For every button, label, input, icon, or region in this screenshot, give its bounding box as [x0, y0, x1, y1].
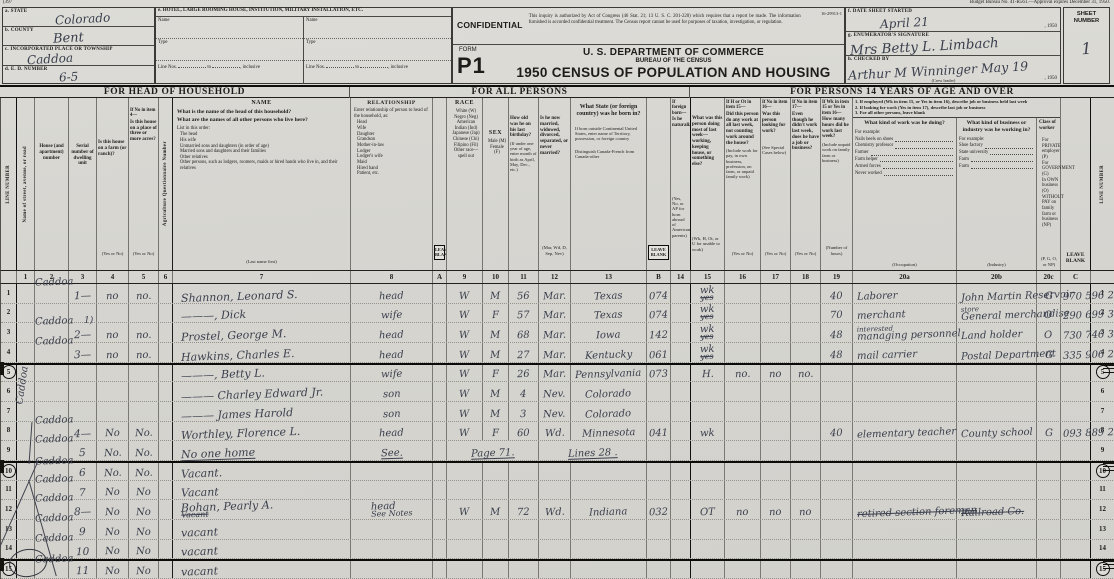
- cell-c15-row-6: [691, 382, 725, 401]
- enumerator-label: g. ENUMERATOR'S SIGNATURE: [848, 33, 929, 38]
- cell-c15-row-9: [691, 441, 725, 460]
- num-item: 16: [725, 271, 761, 283]
- handwritten-entry: F: [492, 311, 499, 321]
- handwritten-entry: 2—: [74, 330, 92, 341]
- census-row-8: 8Caddoa4—NoNo.Worthley, Florence L.headW…: [1, 422, 1114, 442]
- band-all-persons: FOR ALL PERSONS: [350, 87, 690, 98]
- budget-bureau-note: Budget Bureau No. 41-R561.—Approval expi…: [970, 0, 1110, 5]
- cell-c4-row-13: No: [97, 520, 129, 539]
- handwritten-entry: 48: [830, 350, 843, 360]
- cell-c16-row-1: [725, 284, 761, 303]
- cell-c12-row-10: [539, 463, 571, 480]
- handwritten-entry: No: [136, 488, 151, 499]
- cell-c13-row-8: Minnesota: [571, 422, 647, 441]
- handwritten-entry: wkyes: [700, 305, 715, 322]
- cell-c20a-row-13: [853, 520, 957, 539]
- cell-c6-row-5: [159, 365, 173, 382]
- cell-c7-row-13: vacant: [173, 520, 351, 539]
- cell-cB-row-13: [647, 520, 671, 539]
- handwritten-entry: wife: [381, 370, 403, 381]
- cell-c12-row-4: Mar.: [539, 343, 571, 362]
- cell-c6-row-10: [159, 463, 173, 480]
- cell-c14-row-4: [671, 343, 691, 362]
- cell-c1-row-4: [17, 343, 35, 362]
- handwritten-entry: No.: [103, 449, 121, 460]
- cell-c2-row-6: [35, 382, 69, 401]
- cell-c20a-row-14: [853, 540, 957, 559]
- handwritten-entry: Pennsylvania: [575, 369, 642, 381]
- handwritten-entry: No.: [134, 429, 152, 440]
- form-number: P1: [457, 53, 486, 79]
- handwritten-entry: County school: [961, 428, 1033, 441]
- handwritten-entry: 8—: [74, 507, 92, 518]
- cell-c8-row-5: wife: [351, 365, 433, 382]
- handwritten-entry: Mar.: [543, 291, 566, 302]
- cell-cB-row-1: 074: [647, 284, 671, 303]
- handwritten-entry: O: [1044, 331, 1053, 341]
- handwritten-entry: Caddoa: [35, 474, 74, 485]
- cell-c12-row-13: [539, 520, 571, 539]
- handwritten-entry: head: [379, 350, 404, 361]
- handwritten-entry: Indiana: [589, 507, 628, 518]
- cell-c5-row-14: No: [129, 540, 159, 559]
- cell-c18-row-5: no.: [791, 365, 821, 382]
- cell-c8-row-2: wife: [351, 304, 433, 323]
- cell-c20b-row-11: [957, 481, 1037, 500]
- agency-line2: BUREAU OF THE CENSUS: [513, 58, 834, 64]
- handwritten-entry: F: [492, 429, 499, 439]
- cell-c17-row-4: [761, 343, 791, 362]
- li-item: Other persons, such as lodgers, roomers,…: [180, 160, 346, 171]
- cell-c16-row-8: [725, 422, 761, 441]
- hotel-entry-1: Name Type Line Nos. to , inclusive: [156, 17, 304, 84]
- cell-c14-row-14: [671, 540, 691, 559]
- handwritten-entry: 6: [79, 468, 86, 479]
- cell-c12-row-3: Mar.: [539, 323, 571, 342]
- census-row-12: 12Caddoa8—NoNoBohan, Pearly A.Vacanthead…: [1, 500, 1114, 520]
- cell-ln-row-2: 2: [1, 304, 17, 323]
- num-item: 1: [17, 271, 35, 283]
- handwritten-entry: 70: [830, 311, 843, 321]
- cell-c7-row-15: vacant: [173, 561, 351, 578]
- cell-c20c-row-11: [1037, 481, 1061, 500]
- cell-c19-row-9: [821, 441, 853, 460]
- cell-c7-row-14: vacant: [173, 540, 351, 559]
- cell-cC-row-7: [1061, 402, 1091, 421]
- cell-cA-row-9: [433, 441, 447, 460]
- line-number: 11: [5, 485, 12, 493]
- census-rows: 1Caddoa1—nono.Shannon, Leonard S.headWM5…: [0, 284, 1114, 579]
- li-item: Chinese (Chi): [451, 137, 481, 143]
- cell-c8-row-12: headSee Notes: [351, 500, 433, 519]
- cell-c4-row-9: No.: [97, 441, 129, 460]
- column-number-row: 12345678A910111213B14151617181920a20b20c…: [0, 270, 1114, 284]
- handwritten-entry: Mar.: [543, 311, 566, 322]
- cell-c7-row-4: Hawkins, Charles E.: [173, 343, 351, 362]
- handwritten-entry: See.: [380, 449, 402, 460]
- cell-c20c-row-6: [1037, 382, 1061, 401]
- census-row-5: 5———, Betty L.wifeWF26Mar.Pennsylvania07…: [1, 363, 1114, 383]
- cell-c18-row-11: [791, 481, 821, 500]
- li-item: In OWN business (O): [1042, 178, 1059, 195]
- handwritten-entry: 093 889 2: [1063, 428, 1114, 440]
- cell-cB-row-12: 032: [647, 500, 671, 519]
- cell-c19-row-12: [821, 500, 853, 519]
- cell-c16-row-2: [725, 304, 761, 323]
- num-item: 10: [483, 271, 509, 283]
- cell-c11-row-12: 72: [509, 500, 539, 519]
- sheet-number-value: 1: [1063, 37, 1109, 59]
- street-header: Name of street, avenue, or road: [17, 98, 35, 270]
- line-number: 1: [7, 289, 11, 297]
- cell-cC-row-12: [1061, 500, 1091, 519]
- cell-c6-row-2: [159, 304, 173, 323]
- cell-c9-row-12: W: [447, 500, 483, 519]
- cell-c4-row-15: No: [97, 561, 129, 578]
- cell-c20b-row-9: [957, 441, 1037, 460]
- cell-c8-row-14: [351, 540, 433, 559]
- ed-number-value: 6-5: [59, 69, 79, 84]
- census-row-2: 2———, DickwifeWF57Mar.Texas074wkyes70mer…: [1, 304, 1114, 324]
- cell-c3-row-4: 3—: [69, 343, 97, 362]
- cell-c19-row-2: 70: [821, 304, 853, 323]
- edge-mark: [0, 460, 4, 473]
- brace-mark: 1): [84, 316, 93, 326]
- margin-marks: [1103, 560, 1114, 571]
- cell-c15-row-8: wk: [691, 422, 725, 441]
- census-row-1: 1Caddoa1—nono.Shannon, Leonard S.headWM5…: [1, 284, 1114, 304]
- cell-c16-row-9: [725, 441, 761, 460]
- cell-c12-row-9: Lines 28 .: [539, 441, 647, 460]
- cell-c14-row-12: [671, 500, 691, 519]
- band-persons-14: FOR PERSONS 14 YEARS OF AGE AND OVER: [690, 87, 1114, 98]
- census-row-14: 14Caddoa10NoNovacant14: [1, 540, 1114, 560]
- handwritten-entry: no: [106, 331, 119, 341]
- name-header: NAME What is the name of the head of thi…: [173, 98, 351, 270]
- cell-c13-row-13: [571, 520, 647, 539]
- sheet-label: SHEET: [1077, 11, 1096, 17]
- cell-c4-row-6: [97, 382, 129, 401]
- handwritten-entry: 4—: [74, 428, 92, 439]
- cell-c20b-row-1: John Martin Reservoir: [957, 284, 1037, 303]
- cell-c16-row-7: [725, 402, 761, 421]
- cell-c14-row-5: [671, 365, 691, 382]
- cell-ln-row-7: 7: [1, 402, 17, 421]
- cell-c4-row-5: [97, 365, 129, 382]
- cell-cA-row-14: [433, 540, 447, 559]
- form-code: 16-29913-1: [821, 11, 842, 16]
- cell-c10-row-8: F: [483, 422, 509, 441]
- line-number: 13: [1099, 525, 1106, 533]
- cell-c14-row-3: [671, 323, 691, 342]
- cell-c4-row-11: No: [97, 481, 129, 500]
- cell-cC-row-1: 970 596 2: [1061, 284, 1091, 303]
- farm-header: Is this house on a farm (or ranch)?(Yes …: [97, 98, 129, 270]
- handwritten-entry: no.: [136, 291, 152, 302]
- handwritten-entry: no: [769, 370, 782, 380]
- cell-c7-row-6: ——— Charley Edward Jr.: [173, 382, 351, 401]
- cell-c17-row-2: [761, 304, 791, 323]
- cell-c17-row-12: no: [761, 500, 791, 519]
- cell-c15-row-12: OT: [691, 500, 725, 519]
- cell-c14-row-2: [671, 304, 691, 323]
- cell-c20c-row-15: [1037, 561, 1061, 578]
- cell-c6-row-14: [159, 540, 173, 559]
- cell-c15-row-11: [691, 481, 725, 500]
- handwritten-entry: Colorado: [585, 409, 631, 421]
- cell-c10-row-12: M: [483, 500, 509, 519]
- cell-c15-row-2: wkyes: [691, 304, 725, 323]
- cell-c15-row-3: wkyes: [691, 323, 725, 342]
- cell-cC-row-8: 093 889 2: [1061, 422, 1091, 441]
- serial-number-header: Serial number of dwelling unit: [69, 98, 97, 270]
- cell-cB-row-8: 041: [647, 422, 671, 441]
- num-item: B: [647, 271, 671, 283]
- cell-rn-row-6: 6: [1091, 382, 1114, 401]
- cell-c2-row-1: Caddoa: [35, 284, 69, 303]
- handwritten-entry: G: [1044, 350, 1052, 360]
- cell-c20c-row-12: [1037, 500, 1061, 519]
- cell-c18-row-8: [791, 422, 821, 441]
- handwritten-entry: 7: [79, 488, 86, 499]
- handwritten-entry: W: [459, 370, 470, 380]
- line-number: 12: [5, 505, 12, 513]
- handwritten-entry: 26: [517, 370, 530, 380]
- cell-c8-row-9: See.: [351, 441, 433, 460]
- industry-header: What kind of business or industry was he…: [957, 118, 1037, 270]
- num-item: 11: [509, 271, 539, 283]
- handwritten-entry: No: [136, 547, 151, 558]
- cell-cC-row-6: [1061, 382, 1091, 401]
- cell-c6-row-11: [159, 481, 173, 500]
- cell-c20c-row-5: [1037, 365, 1061, 382]
- handwritten-entry: No one home: [181, 447, 255, 461]
- cell-c9-row-9: Page 71.: [447, 441, 539, 460]
- handwritten-entry: H.: [701, 370, 713, 380]
- li-item: For PRIVATE employer (P): [1042, 138, 1059, 161]
- handwritten-entry: Caddoa: [35, 533, 74, 544]
- cell-c11-row-2: 57: [509, 304, 539, 323]
- cell-c14-row-1: [671, 284, 691, 303]
- cell-c3-row-6: [69, 382, 97, 401]
- handwritten-entry: No: [105, 508, 120, 519]
- checked-by-label: h. CHECKED BY: [848, 57, 889, 62]
- cell-c20b-row-5: [957, 365, 1037, 382]
- cell-c10-row-15: [483, 561, 509, 578]
- cell-c20a-row-5: [853, 365, 957, 382]
- cell-c10-row-14: [483, 540, 509, 559]
- eg-item: Never worked: [855, 171, 954, 178]
- handwritten-entry: Kentucky: [585, 350, 633, 362]
- handwritten-entry: W: [459, 508, 470, 518]
- handwritten-entry: ——— Charley Edward Jr.: [181, 386, 324, 402]
- cell-c5-row-11: No: [129, 481, 159, 500]
- num-item: 6: [159, 271, 173, 283]
- marital-header: Is he now married, widowed, divorced, se…: [539, 98, 571, 270]
- looking-for-work-header: If No in item 16—Was this person looking…: [761, 98, 791, 270]
- cell-c12-row-15: [539, 561, 571, 578]
- leave-blank-a-header: LEAVEBLANK: [433, 98, 447, 270]
- corner-note: (397: [3, 0, 12, 5]
- cell-c7-row-12: Bohan, Pearly A.Vacant: [173, 500, 351, 519]
- cell-cB-row-10: [647, 463, 671, 480]
- cell-cC-row-15: [1061, 561, 1091, 578]
- num-item: 8: [351, 271, 433, 283]
- cell-c9-row-3: W: [447, 323, 483, 342]
- line-number: 14: [5, 544, 12, 552]
- leave-blank-c-header: LEAVE BLANK: [1061, 98, 1091, 270]
- cell-rn-row-13: 13: [1091, 520, 1114, 539]
- cell-cA-row-4: [433, 343, 447, 362]
- cell-c4-row-8: No: [97, 422, 129, 441]
- cell-cB-row-14: [647, 540, 671, 559]
- line-number: 11: [1099, 485, 1106, 493]
- cell-c7-row-1: Shannon, Leonard S.: [173, 284, 351, 303]
- cell-c20b-row-4: Postal Department: [957, 343, 1037, 362]
- cell-c13-row-12: Indiana: [571, 500, 647, 519]
- cell-c17-row-11: [761, 481, 791, 500]
- handwritten-entry: no: [799, 508, 812, 518]
- cell-c14-row-15: [671, 561, 691, 578]
- cell-c16-row-15: [725, 561, 761, 578]
- handwritten-entry: Vacant.: [181, 467, 223, 479]
- location-block: a. STATE Colorado b. COUNTY Bent c. INCO…: [2, 7, 155, 84]
- handwritten-entry: Caddoa: [35, 494, 74, 505]
- handwritten-entry: Railroad Co.: [961, 507, 1024, 519]
- li-item: Male (M): [487, 139, 507, 145]
- hotel-lines-field: Line Nos. to , inclusive: [156, 61, 303, 83]
- cell-c10-row-7: M: [483, 402, 509, 421]
- handwritten-entry: M: [490, 331, 501, 341]
- handwritten-entry: 142: [649, 331, 668, 342]
- cell-c14-row-11: [671, 481, 691, 500]
- line-number: 6: [7, 387, 11, 395]
- handwritten-entry: No: [136, 527, 151, 538]
- race-header: RACE White (W)Negro (Neg)American Indian…: [447, 98, 483, 270]
- cell-cA-row-10: [433, 463, 447, 480]
- li-item: Female (F): [487, 145, 507, 156]
- handwritten-entry: W: [459, 429, 470, 439]
- handwritten-entry: Hawkins, Charles E.: [181, 348, 295, 363]
- cell-cC-row-13: [1061, 520, 1091, 539]
- cell-c10-row-10: [483, 463, 509, 480]
- handwritten-entry: son: [383, 390, 401, 401]
- handwritten-entry: Bohan, Pearly A.Vacant: [181, 499, 274, 519]
- county-row: b. COUNTY Bent: [3, 27, 154, 46]
- cell-cA-row-7: [433, 402, 447, 421]
- cell-c16-row-5: no.: [725, 365, 761, 382]
- handwritten-entry: no: [106, 350, 119, 360]
- cell-c14-row-9: [671, 441, 691, 460]
- leave-blank-box: LEAVEBLANK: [648, 245, 669, 260]
- handwritten-entry: No: [136, 567, 151, 578]
- census-sheet: (397 Budget Bureau No. 41-R561.—Approval…: [0, 0, 1114, 579]
- handwritten-entry: Shannon, Leonard S.: [181, 289, 298, 304]
- cell-c13-row-1: Texas: [571, 284, 647, 303]
- cell-cC-row-5: [1061, 365, 1091, 382]
- cell-c17-row-3: [761, 323, 791, 342]
- handwritten-entry: 074: [649, 311, 668, 322]
- handwritten-entry: Prostel, George M.: [181, 328, 287, 343]
- hotel-label: e. HOTEL, LARGE ROOMING HOUSE, INSTITUTI…: [156, 8, 451, 17]
- census-row-15: 15Caddoa11NoNovacant15: [1, 559, 1114, 579]
- cell-c6-row-7: [159, 402, 173, 421]
- cell-c19-row-5: [821, 365, 853, 382]
- handwritten-entry: Texas: [594, 311, 623, 322]
- handwritten-entry: no.: [136, 350, 152, 361]
- cell-c16-row-11: [725, 481, 761, 500]
- cell-c4-row-14: No: [97, 540, 129, 559]
- cell-c12-row-6: Nev.: [539, 382, 571, 401]
- cell-c13-row-6: Colorado: [571, 382, 647, 401]
- line-number: 4: [7, 348, 11, 356]
- cell-c5-row-13: No: [129, 520, 159, 539]
- cell-c9-row-5: W: [447, 365, 483, 382]
- form-block: CONFIDENTIAL This inquiry is authorized …: [452, 7, 845, 84]
- handwritten-entry: 041: [649, 429, 668, 440]
- eg-item: Armed forces: [855, 164, 954, 171]
- line-number: 14: [1099, 544, 1106, 552]
- cell-c9-row-15: [447, 561, 483, 578]
- hotel-name-field: Name: [156, 17, 303, 39]
- handwritten-entry: vacant: [181, 546, 218, 558]
- cell-c5-row-8: No.: [129, 422, 159, 441]
- handwritten-entry: No: [105, 567, 120, 578]
- signature-block: f. DATE SHEET STARTED April 21 , 1950 g.…: [845, 7, 1061, 84]
- cell-c20b-row-10: [957, 463, 1037, 480]
- handwritten-entry: Nev.: [543, 409, 566, 420]
- handwritten-entry: 4: [520, 390, 527, 400]
- crew-leader-caption: (Crew leader): [932, 78, 956, 83]
- cell-c20a-row-2: merchant: [853, 304, 957, 323]
- cell-c5-row-10: No.: [129, 463, 159, 480]
- hotel-name-field: Name: [304, 17, 451, 39]
- cell-c6-row-9: [159, 441, 173, 460]
- cell-c20c-row-13: [1037, 520, 1061, 539]
- num-item: 4: [97, 271, 129, 283]
- li-item: American Indian (Ind): [451, 120, 481, 131]
- line-number: 9: [7, 446, 11, 454]
- cell-c8-row-13: [351, 520, 433, 539]
- handwritten-entry: G: [1044, 429, 1052, 439]
- cell-c18-row-7: [791, 402, 821, 421]
- cell-c17-row-9: [761, 441, 791, 460]
- cell-c17-row-14: [761, 540, 791, 559]
- cell-cA-row-1: [433, 284, 447, 303]
- cell-ln-row-3: 3: [1, 323, 17, 342]
- num-item: 20b: [957, 271, 1037, 283]
- handwritten-entry: no.: [735, 370, 751, 381]
- cell-c17-row-15: [761, 561, 791, 578]
- num-item: 9: [447, 271, 483, 283]
- cell-c2-row-4: Caddoa: [35, 343, 69, 362]
- cell-c13-row-5: Pennsylvania: [571, 365, 647, 382]
- handwritten-entry: wkyes: [700, 325, 715, 342]
- cell-c20b-row-3: Land holder: [957, 323, 1037, 342]
- cell-c3-row-5: [69, 365, 97, 382]
- handwritten-entry: headSee Notes: [371, 501, 413, 518]
- cell-c1-row-9: [17, 441, 35, 460]
- handwritten-entry: M: [490, 508, 501, 518]
- cell-c9-row-10: [447, 463, 483, 480]
- cell-ln-row-8: 8: [1, 422, 17, 441]
- handwritten-entry: ———, Dick: [181, 309, 247, 322]
- handwritten-entry: head: [379, 429, 404, 440]
- handwritten-entry: Laborer: [857, 291, 898, 302]
- cell-c16-row-6: [725, 382, 761, 401]
- handwritten-entry: W: [459, 350, 470, 360]
- cell-cA-row-8: [433, 422, 447, 441]
